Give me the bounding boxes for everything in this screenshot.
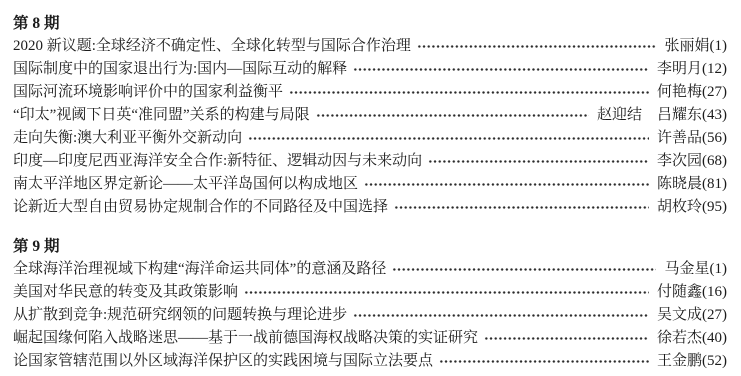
toc-entry: 美国对华民意的转变及其政策影响 付随鑫(16) (13, 281, 727, 304)
section-entries: 2020 新议题:全球经济不确定性、全球化转型与国际合作治理 张丽娟(1) 国际… (13, 35, 727, 219)
entry-title: 国际河流环境影响评价中的国家利益衡平 (13, 81, 283, 104)
section-heading: 第 8 期 (13, 12, 727, 35)
entry-page-number: (95) (702, 196, 727, 219)
toc-entry: 2020 新议题:全球经济不确定性、全球化转型与国际合作治理 张丽娟(1) (13, 35, 727, 58)
toc-entry: 印度—印度尼西亚海洋安全合作:新特征、逻辑动因与未来动向 李次园(68) (13, 150, 727, 173)
entry-authors: 胡枚玲 (657, 196, 702, 219)
toc-section: 第 8 期 2020 新议题:全球经济不确定性、全球化转型与国际合作治理 张丽娟… (13, 12, 727, 219)
entry-authors: 赵迎结 吕耀东 (597, 104, 702, 127)
entry-title: 论新近大型自由贸易协定规制合作的不同路径及中国选择 (13, 196, 388, 219)
dot-leader (484, 327, 649, 350)
toc-entry: 论新近大型自由贸易协定规制合作的不同路径及中国选择 胡枚玲(95) (13, 196, 727, 219)
dot-leader (353, 304, 649, 327)
dot-leader (392, 258, 656, 281)
dot-leader (439, 350, 649, 373)
toc-entry: 论国家管辖范围以外区域海洋保护区的实践困境与国际立法要点 王金鹏(52) (13, 350, 727, 373)
toc-entry: 从扩散到竞争:规范研究纲领的问题转换与理论进步 吴文成(27) (13, 304, 727, 327)
entry-authors: 李明月 (657, 58, 702, 81)
entry-authors: 马金星 (664, 258, 709, 281)
dot-leader (428, 150, 649, 173)
entry-authors: 李次园 (657, 150, 702, 173)
dot-leader (364, 173, 649, 196)
journal-toc-page: { "page": { "background_color": "#ffffff… (0, 0, 741, 376)
entry-title: 全球海洋治理视域下构建“海洋命运共同体”的意涵及路径 (13, 258, 386, 281)
section-entries: 全球海洋治理视域下构建“海洋命运共同体”的意涵及路径 马金星(1) 美国对华民意… (13, 258, 727, 373)
entry-page-number: (16) (702, 281, 727, 304)
entry-page-number: (27) (702, 81, 727, 104)
entry-title: 走向失衡:澳大利亚平衡外交新动向 (13, 127, 242, 150)
entry-authors: 徐若杰 (657, 327, 702, 350)
entry-authors: 何艳梅 (657, 81, 702, 104)
entry-authors: 陈晓晨 (657, 173, 702, 196)
entry-title: 美国对华民意的转变及其政策影响 (13, 281, 238, 304)
entry-page-number: (81) (702, 173, 727, 196)
section-heading: 第 9 期 (13, 235, 727, 258)
entry-page-number: (1) (710, 258, 728, 281)
toc-entry: 全球海洋治理视域下构建“海洋命运共同体”的意涵及路径 马金星(1) (13, 258, 727, 281)
dot-leader (244, 281, 649, 304)
entry-authors: 许善品 (657, 127, 702, 150)
entry-page-number: (27) (702, 304, 727, 327)
entry-title: 论国家管辖范围以外区域海洋保护区的实践困境与国际立法要点 (13, 350, 433, 373)
entry-page-number: (68) (702, 150, 727, 173)
entry-title: 印度—印度尼西亚海洋安全合作:新特征、逻辑动因与未来动向 (13, 150, 422, 173)
entry-title: “印太”视阈下日英“准同盟”关系的构建与局限 (13, 104, 310, 127)
dot-leader (289, 81, 649, 104)
entry-page-number: (1) (710, 35, 728, 58)
toc-entry: 国际河流环境影响评价中的国家利益衡平 何艳梅(27) (13, 81, 727, 104)
entry-authors: 吴文成 (657, 304, 702, 327)
entry-authors: 付随鑫 (657, 281, 702, 304)
toc-entry: “印太”视阈下日英“准同盟”关系的构建与局限 赵迎结 吕耀东(43) (13, 104, 727, 127)
entry-authors: 张丽娟 (664, 35, 709, 58)
entry-page-number: (56) (702, 127, 727, 150)
toc-entry: 崛起国缘何陷入战略迷思——基于一战前德国海权战略决策的实证研究 徐若杰(40) (13, 327, 727, 350)
table-of-contents: 第 8 期 2020 新议题:全球经济不确定性、全球化转型与国际合作治理 张丽娟… (0, 0, 741, 373)
entry-page-number: (40) (702, 327, 727, 350)
entry-title: 国际制度中的国家退出行为:国内—国际互动的解释 (13, 58, 347, 81)
toc-entry: 走向失衡:澳大利亚平衡外交新动向 许善品(56) (13, 127, 727, 150)
entry-page-number: (43) (702, 104, 727, 127)
toc-entry: 国际制度中的国家退出行为:国内—国际互动的解释 李明月(12) (13, 58, 727, 81)
dot-leader (316, 104, 589, 127)
dot-leader (394, 196, 649, 219)
dot-leader (417, 35, 657, 58)
dot-leader (353, 58, 649, 81)
entry-title: 南太平洋地区界定新论——太平洋岛国何以构成地区 (13, 173, 358, 196)
entry-page-number: (12) (702, 58, 727, 81)
entry-title: 从扩散到竞争:规范研究纲领的问题转换与理论进步 (13, 304, 347, 327)
entry-title: 崛起国缘何陷入战略迷思——基于一战前德国海权战略决策的实证研究 (13, 327, 478, 350)
dot-leader (248, 127, 649, 150)
entry-title: 2020 新议题:全球经济不确定性、全球化转型与国际合作治理 (13, 35, 411, 58)
toc-section: 第 9 期 全球海洋治理视域下构建“海洋命运共同体”的意涵及路径 马金星(1) … (13, 235, 727, 373)
entry-page-number: (52) (702, 350, 727, 373)
toc-entry: 南太平洋地区界定新论——太平洋岛国何以构成地区 陈晓晨(81) (13, 173, 727, 196)
entry-authors: 王金鹏 (657, 350, 702, 373)
